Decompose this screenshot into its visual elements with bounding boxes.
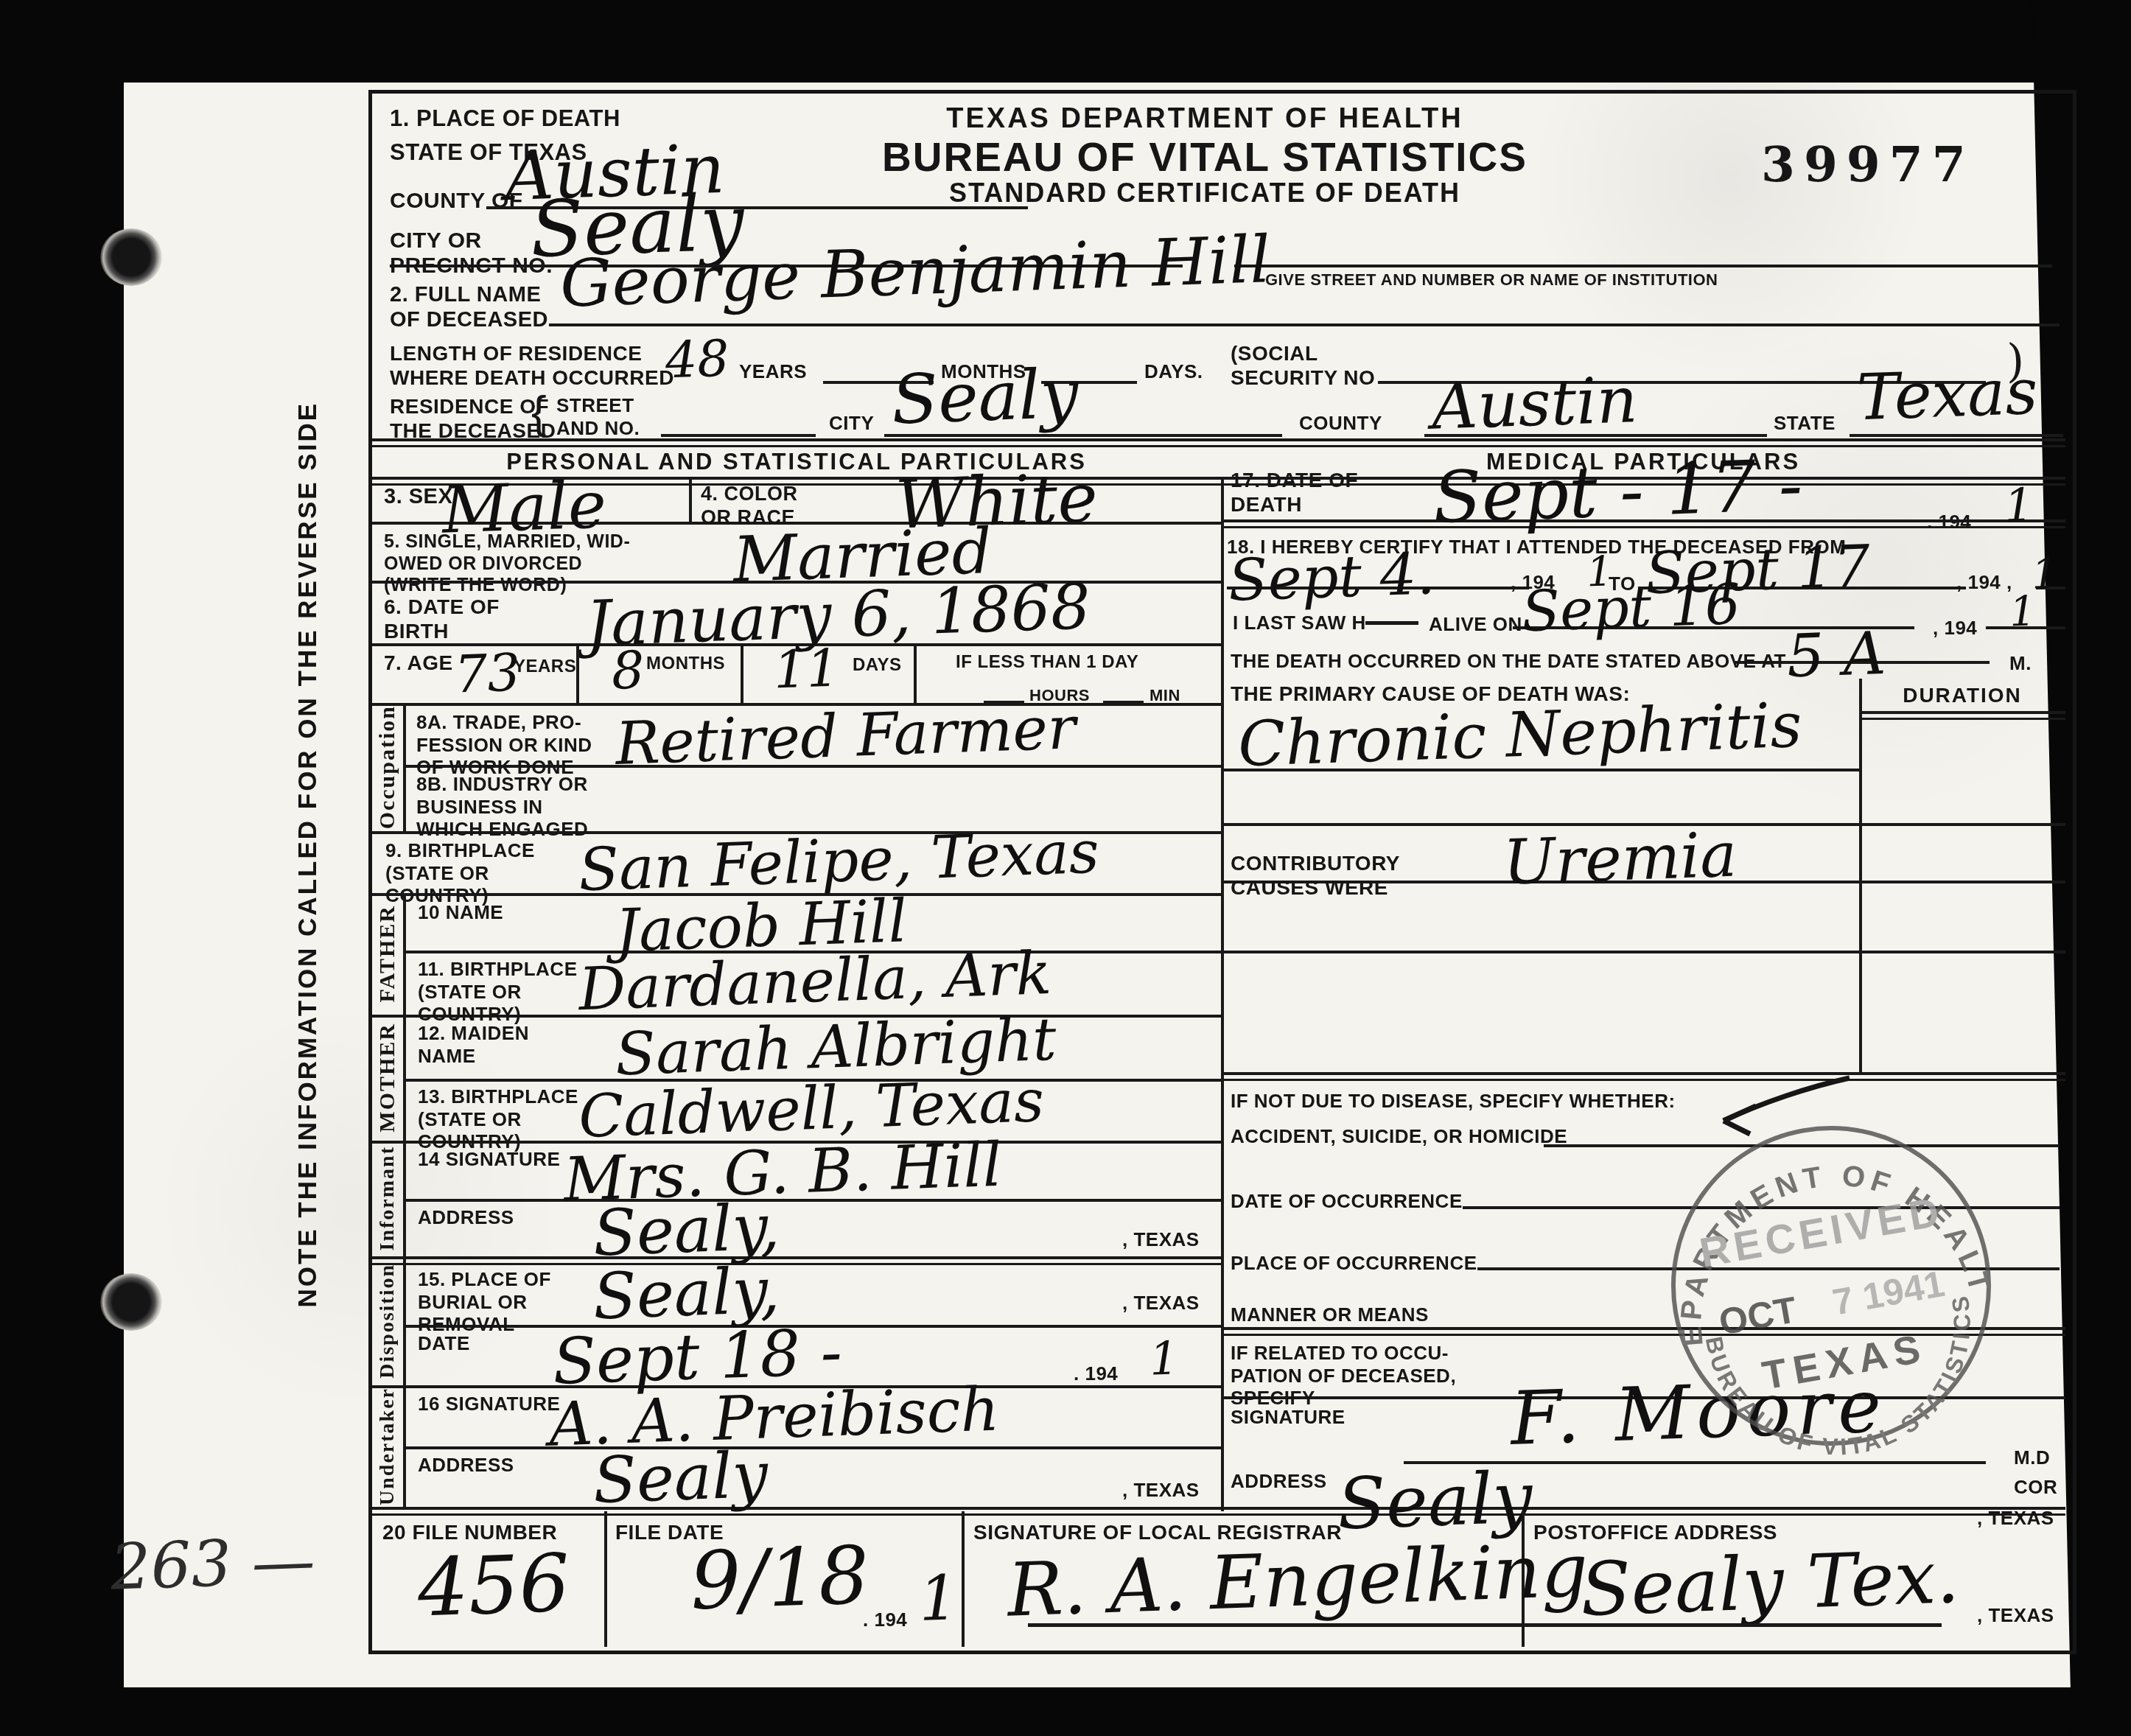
- file-date-year-printed: . 194: [863, 1609, 907, 1631]
- residence-bottom-rule: [372, 438, 2065, 447]
- certificate-number: 39977: [1761, 136, 1975, 194]
- occupation-group-box: Occupation: [372, 703, 406, 831]
- date-occurrence-label: DATE OF OCCURRENCE: [1231, 1190, 1463, 1213]
- last-saw-label: I LAST SAW H: [1233, 612, 1366, 634]
- place-occurrence-label: PLACE OF OCCURRENCE: [1231, 1252, 1477, 1275]
- date-of-death-value: Sept - 17 -: [1432, 449, 1803, 533]
- cell-divider: [914, 643, 917, 703]
- received-stamp: DEPARTMENT OF HEALTH BUREAU OF VITAL STA…: [1614, 1075, 2047, 1496]
- undertaker-signature-label: 16 SIGNATURE: [418, 1393, 560, 1415]
- dept-header-line2: BUREAU OF VITAL STATISTICS: [785, 133, 1625, 181]
- last-saw-year-written: 1: [2009, 591, 2037, 633]
- section-header-rule: [372, 477, 2065, 486]
- burial-date-label: DATE: [418, 1332, 470, 1355]
- informant-group-box: Informant: [372, 1141, 406, 1256]
- date-of-death-year-written: 1: [2004, 482, 2034, 528]
- last-saw-pronoun-strike: [1365, 621, 1418, 625]
- cell-divider: [604, 1511, 607, 1647]
- residence-state-blank: [1850, 434, 2063, 437]
- death-hour-value: 5 A: [1786, 624, 1887, 687]
- informant-address-state: , TEXAS: [1122, 1228, 1200, 1251]
- undertaker-group-box: Undertaker: [372, 1385, 406, 1507]
- duration-header-rule: [1859, 711, 2065, 720]
- years-label: YEARS: [739, 360, 807, 383]
- residence-state-value: Texas: [1856, 360, 2039, 430]
- residence-county-value: Austin: [1431, 368, 1639, 439]
- occupation-group-label: Occupation: [375, 705, 400, 829]
- trade-label: 8A. TRADE, PRO- FESSION OR KIND OF WORK …: [416, 711, 592, 779]
- institution-note: GIVE STREET AND NUMBER OR NAME OF INSTIT…: [1265, 270, 1718, 290]
- burial-date-year-printed: . 194: [1074, 1362, 1118, 1385]
- file-date-value: 9/18: [689, 1536, 870, 1622]
- cell-divider: [741, 643, 743, 703]
- residence-county-blank: [1424, 434, 1767, 437]
- residence-city-blank: [884, 434, 1282, 437]
- attended-to-year-written: 1: [2031, 553, 2059, 595]
- street-label: STREET AND NO.: [556, 394, 640, 439]
- age-years-value: 73: [454, 646, 521, 700]
- reverse-side-note: NOTE THE INFORMATION CALLED FOR ON THE R…: [286, 383, 330, 1326]
- date-of-death-year-printed: . 194: [1927, 511, 1971, 533]
- occupation-related-label: IF RELATED TO OCCU- PATION OF DECEASED, …: [1231, 1342, 1456, 1410]
- city-underline-2: [1234, 265, 2052, 267]
- dept-header-line1: TEXAS DEPARTMENT OF HEALTH: [785, 102, 1625, 136]
- hole-punch-top: [100, 228, 162, 286]
- full-name-label: 2. FULL NAME OF DECEASED: [390, 282, 548, 332]
- cell-divider: [576, 643, 579, 703]
- residence-brace: {: [531, 385, 547, 439]
- full-name-underline: [549, 323, 2060, 326]
- cell-divider: [962, 1511, 965, 1647]
- disposition-group-label: Disposition: [376, 1264, 399, 1379]
- stamp-date: 7 1941: [1830, 1263, 1948, 1323]
- date-of-death-label: 17. DATE OF DEATH: [1231, 468, 1358, 517]
- burial-place-label: 15. PLACE OF BURIAL OR REMOVAL: [418, 1268, 551, 1336]
- death-hour-m-label: M.: [2009, 652, 2032, 675]
- accident-label: ACCIDENT, SUICIDE, OR HOMICIDE: [1231, 1125, 1567, 1148]
- county-label: COUNTY OF: [390, 188, 523, 214]
- father-group-box: FATHER: [372, 893, 406, 1015]
- days-label: DAYS.: [1144, 360, 1203, 383]
- undertaker-address-state: , TEXAS: [1122, 1479, 1200, 1502]
- residence-state-label: STATE: [1774, 412, 1836, 435]
- mother-birthplace-label: 13. BIRTHPLACE (STATE OR COUNTRY): [418, 1085, 578, 1153]
- scanned-death-certificate: { "page": { "margin_note": "NOTE THE INF…: [0, 0, 2131, 1736]
- stamp-state: TEXAS: [1759, 1326, 1930, 1398]
- informant-signature-label: 14 SIGNATURE: [418, 1148, 560, 1171]
- age-years-label: YEARS: [514, 657, 576, 677]
- mother-group-label: MOTHER: [375, 1023, 400, 1133]
- hole-punch-bottom: [100, 1273, 162, 1331]
- cor-label: COR: [2014, 1476, 2057, 1499]
- alive-on-label: ALIVE ON: [1429, 613, 1522, 636]
- physician-address-value: Sealy: [1336, 1462, 1533, 1539]
- place-of-death-label: 1. PLACE OF DEATH: [390, 105, 620, 133]
- residence-city-label: CITY: [829, 412, 874, 435]
- mother-name-label: 12. MAIDEN NAME: [418, 1022, 529, 1067]
- birthplace-label: 9. BIRTHPLACE (STATE OR COUNTRY): [385, 839, 535, 907]
- informant-address-label: ADDRESS: [418, 1206, 514, 1229]
- father-group-label: FATHER: [375, 905, 400, 1003]
- residence-city-value: Sealy: [890, 360, 1080, 435]
- physician-address-state: , TEXAS: [1977, 1507, 2054, 1530]
- dob-label: 6. DATE OF BIRTH: [384, 595, 500, 643]
- registrar-signature-value: R. A. Engelking: [1006, 1533, 1589, 1627]
- md-label: M.D: [2014, 1446, 2050, 1469]
- primary-cause-value: Chronic Nephritis: [1237, 694, 1803, 776]
- certificate-form: 1. PLACE OF DEATH STATE OF TEXAS COUNTY …: [368, 90, 2076, 1654]
- registrar-signature-underline: [1028, 1623, 1942, 1627]
- file-date-year-written: 1: [918, 1567, 959, 1630]
- last-saw-value: Sept 16: [1521, 576, 1742, 640]
- ssn-label: (SOCIAL SECURITY NO: [1231, 341, 1375, 390]
- marital-label: 5. SINGLE, MARRIED, WID- OWED OR DIVORCE…: [384, 531, 630, 597]
- trade-value: Retired Farmer: [615, 699, 1077, 774]
- age-min-label: MIN: [1150, 686, 1180, 705]
- row-rule-double: [372, 1256, 1221, 1265]
- attended-to-year-printed: , 194 ,: [1956, 571, 2012, 594]
- stamp-month: OCT: [1716, 1289, 1800, 1343]
- last-saw-year-printed: , 194: [1933, 617, 1977, 640]
- postoffice-state-label: , TEXAS: [1977, 1604, 2054, 1627]
- father-name-label: 10 NAME: [418, 901, 503, 924]
- file-number-value: 456: [416, 1544, 571, 1628]
- row-rule-double: [1221, 1072, 2065, 1081]
- cell-divider: [689, 477, 692, 522]
- street-blank: [661, 434, 816, 437]
- min-blank: [1103, 701, 1144, 703]
- dept-header-line3: STANDARD CERTIFICATE OF DEATH: [785, 178, 1625, 209]
- attended-from-value: Sept 4.: [1228, 545, 1436, 610]
- death-occurred-label: THE DEATH OCCURRED ON THE DATE STATED AB…: [1231, 650, 1786, 673]
- age-less-than-day-label: IF LESS THAN 1 DAY: [956, 652, 1138, 673]
- contributory-label: CONTRIBUTORY CAUSES WERE: [1231, 851, 1400, 900]
- row-rule: [1221, 951, 2065, 953]
- undertaker-group-label: Undertaker: [376, 1387, 399, 1505]
- pencil-annotation: 263 —: [110, 1529, 316, 1600]
- burial-place-state: , TEXAS: [1122, 1292, 1200, 1315]
- manner-means-label: MANNER OR MEANS: [1231, 1303, 1429, 1326]
- physician-signature-label: SIGNATURE: [1231, 1406, 1346, 1429]
- age-label: 7. AGE: [384, 651, 453, 675]
- undertaker-address-value: Sealy: [592, 1443, 769, 1513]
- informant-group-label: Informant: [376, 1146, 399, 1250]
- industry-label: 8B. INDUSTRY OR BUSINESS IN WHICH ENGAGE…: [416, 773, 588, 841]
- age-days-label: DAYS: [853, 655, 901, 676]
- undertaker-address-label: ADDRESS: [418, 1454, 514, 1477]
- burial-date-year-written: 1: [1149, 1335, 1180, 1382]
- residence-length-years-value: 48: [665, 335, 730, 387]
- duration-box-border: [1859, 679, 1862, 1072]
- postoffice-value: Sealy Tex.: [1579, 1540, 1960, 1627]
- age-months-value: 8: [611, 644, 645, 697]
- disposition-group-box: Disposition: [372, 1256, 406, 1385]
- city-or-label: CITY OR: [390, 228, 482, 253]
- residence-length-label: LENGTH OF RESIDENCE WHERE DEATH OCCURRED: [390, 341, 674, 390]
- column-divider: [1221, 477, 1224, 1511]
- contributory-value: Uremia: [1502, 823, 1738, 893]
- residence-county-label: COUNTY: [1299, 412, 1382, 435]
- not-disease-label: IF NOT DUE TO DISEASE, SPECIFY WHETHER:: [1231, 1090, 1676, 1113]
- duration-label: DURATION: [1859, 683, 2065, 707]
- physician-address-label: ADDRESS: [1231, 1470, 1327, 1493]
- age-days-value: 11: [773, 642, 840, 696]
- mother-group-box: MOTHER: [372, 1015, 406, 1141]
- father-birthplace-label: 11. BIRTHPLACE (STATE OR COUNTRY): [418, 958, 578, 1026]
- age-months-label: MONTHS: [646, 654, 725, 674]
